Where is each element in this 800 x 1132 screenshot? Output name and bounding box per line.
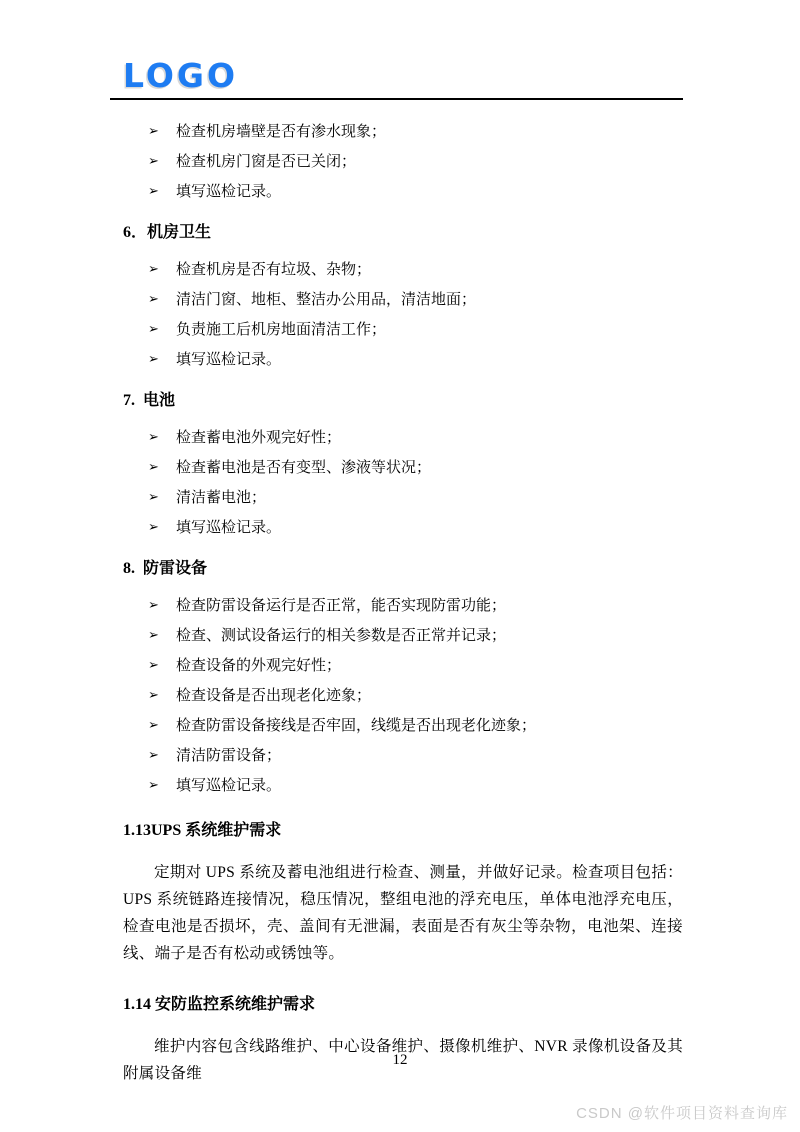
list-item: ➢ 检查机房门窗是否已关闭； (123, 147, 683, 177)
list-item-text: 填写巡检记录。 (176, 520, 281, 536)
list-item-text: 清洁防雷设备； (176, 748, 281, 764)
arrow-bullet-icon: ➢ (148, 771, 159, 801)
list-item: ➢ 检查设备的外观完好性； (123, 651, 683, 681)
arrow-bullet-icon: ➢ (148, 591, 159, 621)
page-number: 12 (0, 1052, 800, 1069)
list-item-text: 检查、测试设备运行的相关参数是否正常并记录； (176, 628, 506, 644)
arrow-bullet-icon: ➢ (148, 621, 159, 651)
list-item-text: 清洁蓄电池； (176, 490, 266, 506)
list-item: ➢ 清洁门窗、地柜、整洁办公用品，清洁地面； (123, 285, 683, 315)
list-item-text: 检查设备的外观完好性； (176, 658, 341, 674)
arrow-bullet-icon: ➢ (148, 147, 159, 177)
list-item: ➢ 填写巡检记录。 (123, 177, 683, 207)
list-item: ➢ 检查蓄电池外观完好性； (123, 423, 683, 453)
list-item: ➢ 检查机房墙壁是否有渗水现象； (123, 117, 683, 147)
list-item: ➢ 检查机房是否有垃圾、杂物； (123, 255, 683, 285)
arrow-bullet-icon: ➢ (148, 285, 159, 315)
list-item: ➢ 检查、测试设备运行的相关参数是否正常并记录； (123, 621, 683, 651)
list-item: ➢ 填写巡检记录。 (123, 513, 683, 543)
bullet-list: ➢ 检查机房是否有垃圾、杂物； ➢ 清洁门窗、地柜、整洁办公用品，清洁地面； ➢… (123, 255, 683, 375)
list-item-text: 填写巡检记录。 (176, 778, 281, 794)
header-divider (110, 98, 683, 100)
arrow-bullet-icon: ➢ (148, 513, 159, 543)
arrow-bullet-icon: ➢ (148, 255, 159, 285)
arrow-bullet-icon: ➢ (148, 681, 159, 711)
arrow-bullet-icon: ➢ (148, 711, 159, 741)
list-item: ➢ 检查防雷设备运行是否正常，能否实现防雷功能； (123, 591, 683, 621)
list-item: ➢ 清洁蓄电池； (123, 483, 683, 513)
arrow-bullet-icon: ➢ (148, 483, 159, 513)
document-page: LOGO ➢ 检查机房墙壁是否有渗水现象； ➢ 检查机房门窗是否已关闭； ➢ 填… (0, 0, 800, 1132)
section-heading-8: 8. 防雷设备 (123, 557, 683, 581)
arrow-bullet-icon: ➢ (148, 453, 159, 483)
list-item: ➢ 负责施工后机房地面清洁工作； (123, 315, 683, 345)
arrow-bullet-icon: ➢ (148, 345, 159, 375)
bullet-list: ➢ 检查机房墙壁是否有渗水现象； ➢ 检查机房门窗是否已关闭； ➢ 填写巡检记录… (123, 117, 683, 207)
arrow-bullet-icon: ➢ (148, 423, 159, 453)
list-item-text: 检查防雷设备运行是否正常，能否实现防雷功能； (176, 598, 506, 614)
bullet-list: ➢ 检查蓄电池外观完好性； ➢ 检查蓄电池是否有变型、渗液等状况； ➢ 清洁蓄电… (123, 423, 683, 543)
list-item-text: 检查机房门窗是否已关闭； (176, 154, 356, 170)
subsection-heading-1-14: 1.14 安防监控系统维护需求 (123, 993, 683, 1017)
list-item: ➢ 检查蓄电池是否有变型、渗液等状况； (123, 453, 683, 483)
document-body: ➢ 检查机房墙壁是否有渗水现象； ➢ 检查机房门窗是否已关闭； ➢ 填写巡检记录… (123, 117, 683, 1087)
list-item: ➢ 填写巡检记录。 (123, 345, 683, 375)
list-item: ➢ 清洁防雷设备； (123, 741, 683, 771)
section-heading-6: 6．机房卫生 (123, 221, 683, 245)
list-item-text: 检查机房是否有垃圾、杂物； (176, 262, 371, 278)
arrow-bullet-icon: ➢ (148, 315, 159, 345)
list-item-text: 填写巡检记录。 (176, 352, 281, 368)
list-item-text: 清洁门窗、地柜、整洁办公用品，清洁地面； (176, 292, 476, 308)
subsection-heading-1-13: 1.13UPS 系统维护需求 (123, 819, 683, 843)
list-item-text: 填写巡检记录。 (176, 184, 281, 200)
list-item-text: 检查机房墙壁是否有渗水现象； (176, 124, 386, 140)
page-header: LOGO (110, 58, 683, 100)
list-item: ➢ 填写巡检记录。 (123, 771, 683, 801)
arrow-bullet-icon: ➢ (148, 117, 159, 147)
list-item: ➢ 检查防雷设备接线是否牢固，线缆是否出现老化迹象； (123, 711, 683, 741)
list-item-text: 负责施工后机房地面清洁工作； (176, 322, 386, 338)
list-item-text: 检查蓄电池是否有变型、渗液等状况； (176, 460, 431, 476)
arrow-bullet-icon: ➢ (148, 177, 159, 207)
list-item-text: 检查设备是否出现老化迹象； (176, 688, 371, 704)
paragraph: 定期对 UPS 系统及蓄电池组进行检查、测量，并做好记录。检查项目包括：UPS … (123, 859, 683, 967)
section-heading-7: 7. 电池 (123, 389, 683, 413)
arrow-bullet-icon: ➢ (148, 651, 159, 681)
list-item-text: 检查防雷设备接线是否牢固，线缆是否出现老化迹象； (176, 718, 536, 734)
arrow-bullet-icon: ➢ (148, 741, 159, 771)
watermark: CSDN @软件项目资料查询库 (576, 1102, 788, 1123)
bullet-list: ➢ 检查防雷设备运行是否正常，能否实现防雷功能； ➢ 检查、测试设备运行的相关参… (123, 591, 683, 801)
list-item: ➢ 检查设备是否出现老化迹象； (123, 681, 683, 711)
company-logo: LOGO (123, 58, 683, 94)
list-item-text: 检查蓄电池外观完好性； (176, 430, 341, 446)
